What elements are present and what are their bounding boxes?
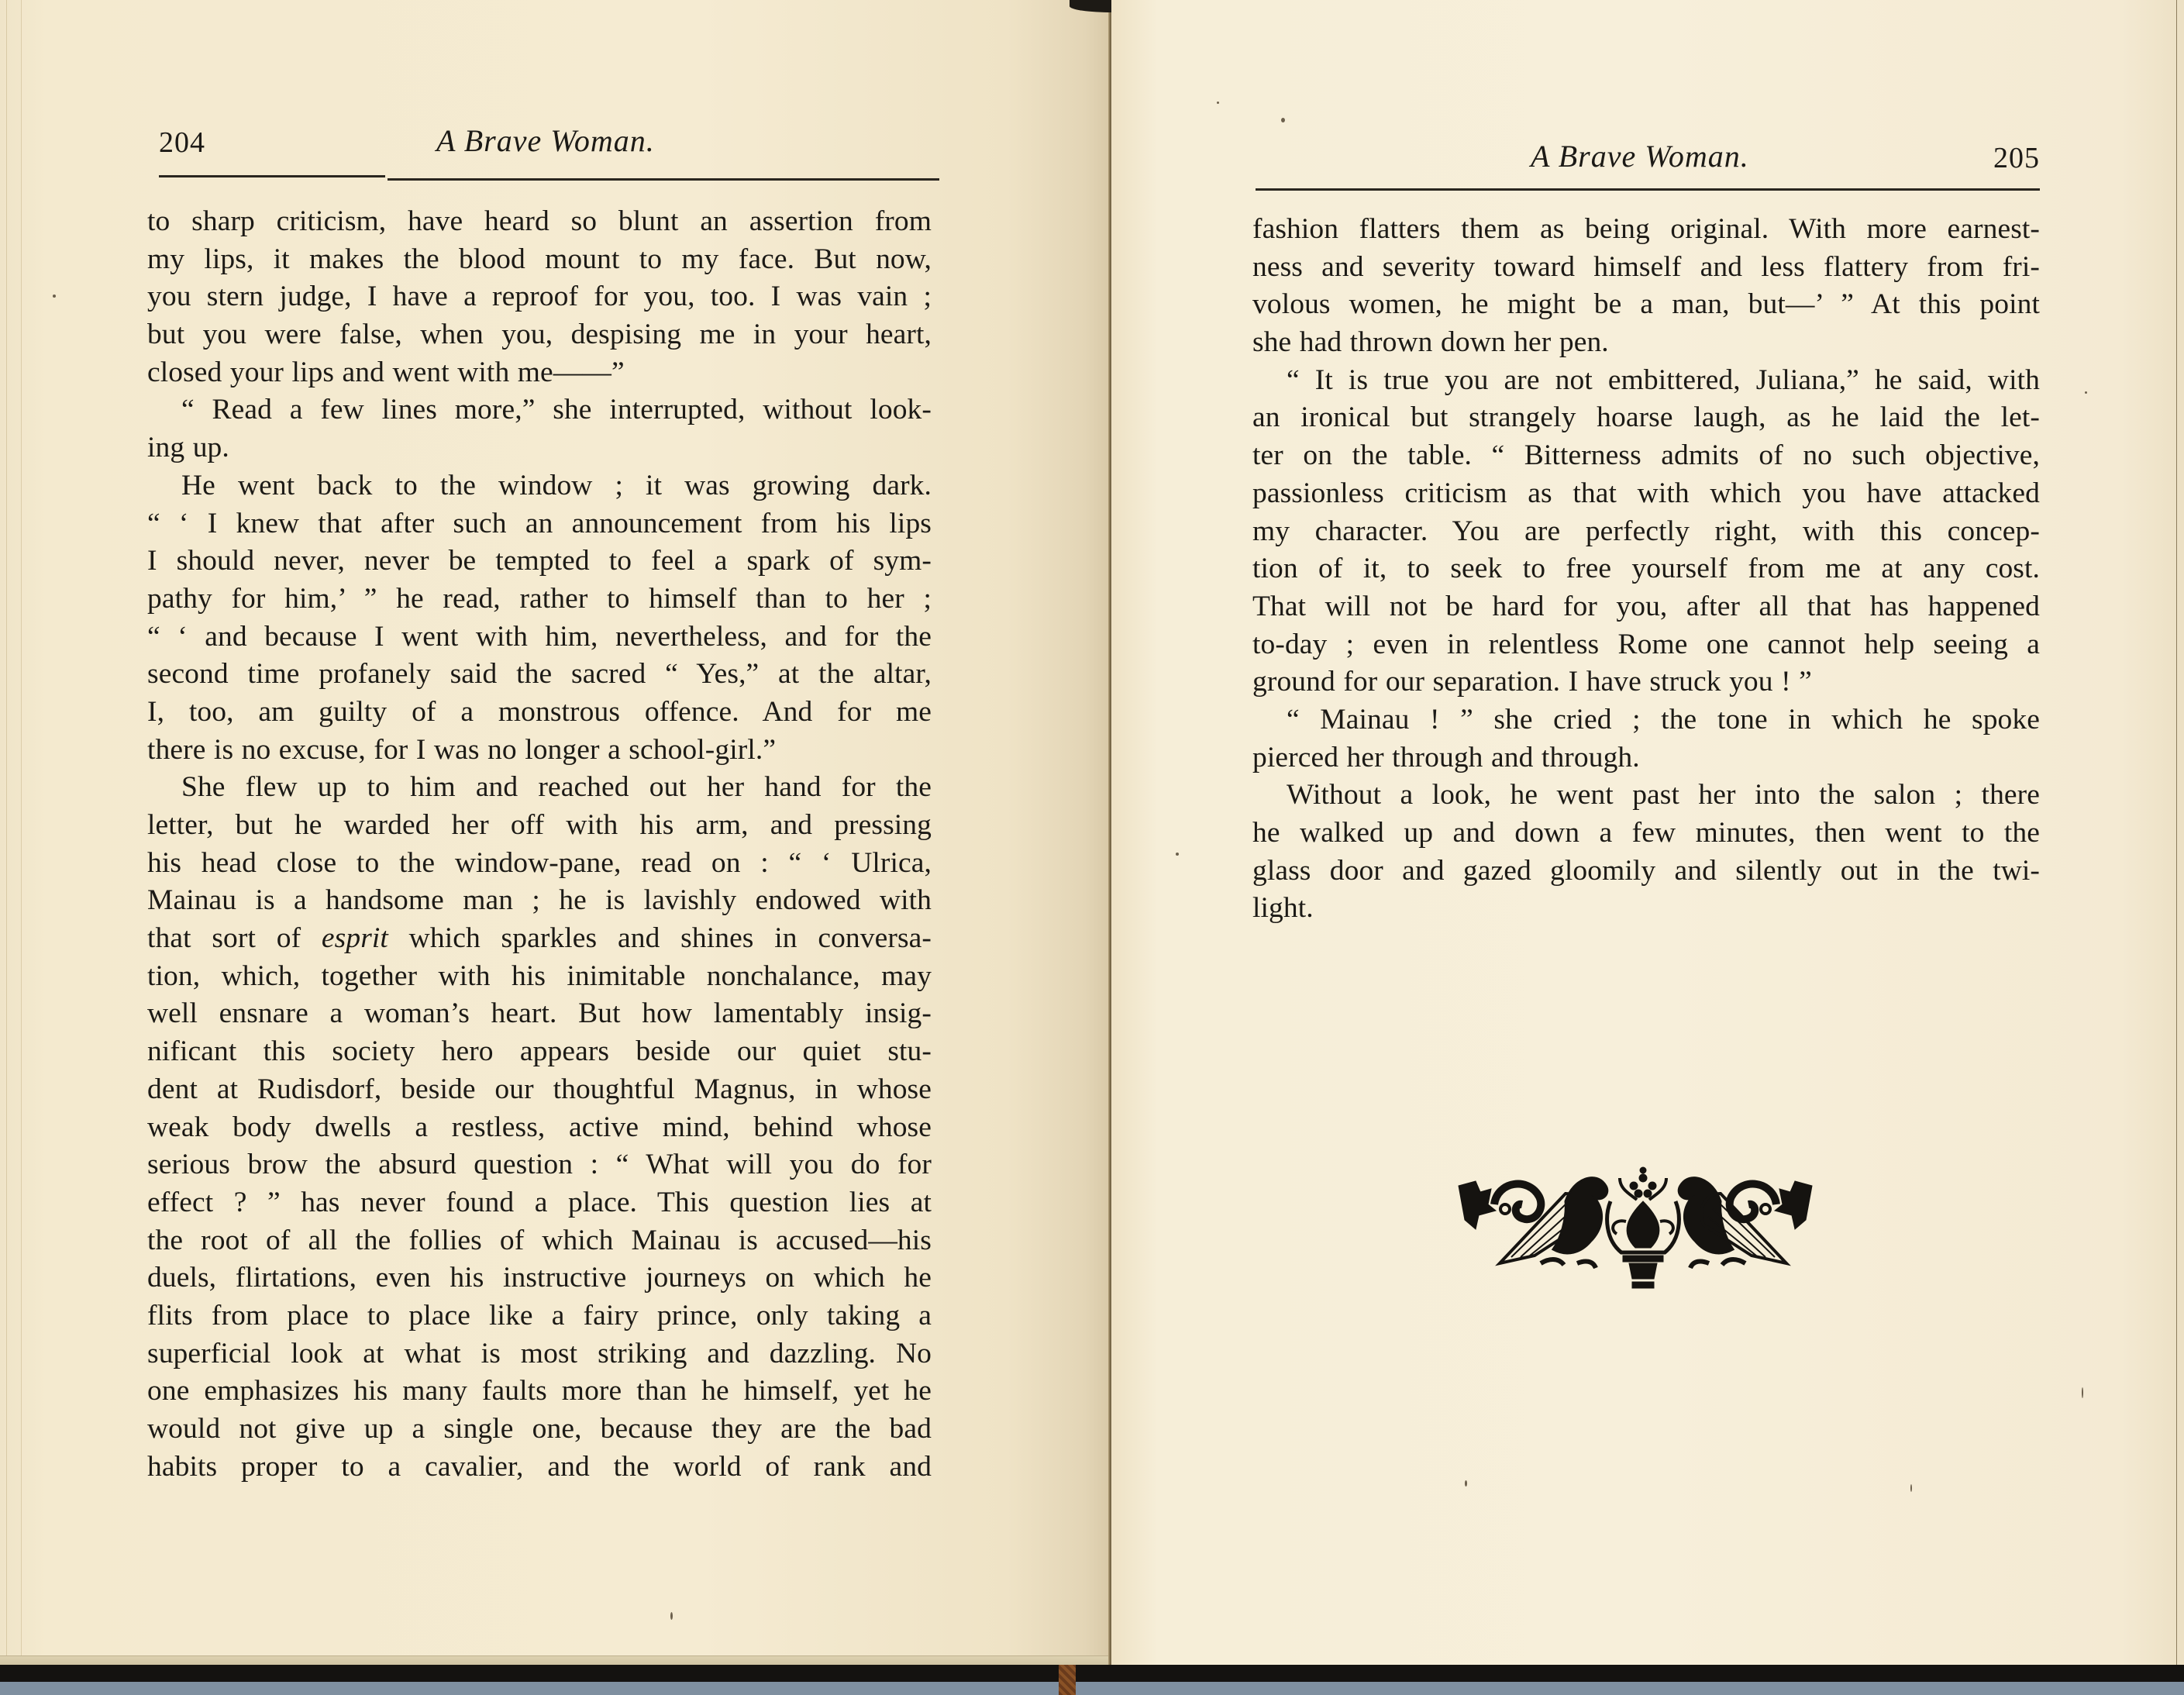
text-line: the root of all the follies of which Mai… <box>147 1222 932 1260</box>
text-line: She flew up to him and reached out her h… <box>147 769 932 807</box>
text-line: his head close to the window-pane, read … <box>147 845 932 883</box>
text-line: duels, flirtations, even his instructive… <box>147 1259 932 1297</box>
running-title-right: A Brave Woman. <box>1531 141 1749 172</box>
text-line: Mainau is a handsome man ; he is lavishl… <box>147 882 932 920</box>
header-rule-right <box>1256 188 2040 191</box>
text-line: ness and severity toward himself and les… <box>1252 249 2040 287</box>
text-line: that sort of esprit which sparkles and s… <box>147 920 932 958</box>
text-line: my character. You are perfectly right, w… <box>1252 513 2040 551</box>
text-line: to-day ; even in relentless Rome one can… <box>1252 626 2040 664</box>
text-line: tion, which, together with his inimitabl… <box>147 958 932 996</box>
text-line: ground for our separation. I have struck… <box>1252 663 2040 701</box>
text-line: second time profanely said the sacred “ … <box>147 656 932 694</box>
text-line: pierced her through and through. <box>1252 739 2040 777</box>
text-line: “ ‘ and because I went with him, neverth… <box>147 618 932 656</box>
text-line: you stern judge, I have a reproof for yo… <box>147 278 932 316</box>
left-page-body: to sharp criticism, have heard so blunt … <box>147 203 932 1486</box>
text-line: volous women, he might be a man, but—’ ”… <box>1252 286 2040 324</box>
page-edge-line <box>2176 0 2177 1666</box>
page-number-left: 204 <box>159 128 205 157</box>
text-line: “ Mainau ! ” she cried ; the tone in whi… <box>1252 701 2040 739</box>
text-line: I, too, am guilty of a monstrous offence… <box>147 694 932 732</box>
text-line: “ It is true you are not embittered, Jul… <box>1252 362 2040 400</box>
text-line: serious brow the absurd question : “ Wha… <box>147 1146 932 1184</box>
text-line: he walked up and down a few minutes, the… <box>1252 815 2040 853</box>
right-page: A Brave Woman. 205 fashion flatters them… <box>1111 0 2184 1666</box>
text-line: weak body dwells a restless, active mind… <box>147 1109 932 1147</box>
text-line: she had thrown down her pen. <box>1252 324 2040 362</box>
right-page-body: fashion flatters them as being original.… <box>1252 211 2040 928</box>
text-line: superficial look at what is most strikin… <box>147 1335 932 1373</box>
header-rule-left-b <box>388 178 939 181</box>
text-line: but you were false, when you, despising … <box>147 316 932 354</box>
page-number-right: 205 <box>1993 143 2040 173</box>
text-line: would not give up a single one, because … <box>147 1411 932 1449</box>
text-line: ing up. <box>147 429 932 467</box>
text-line: my lips, it makes the blood mount to my … <box>147 241 932 279</box>
text-line: Without a look, he went past her into th… <box>1252 777 2040 815</box>
text-line: “ Read a few lines more,” she interrupte… <box>147 391 932 429</box>
text-line: glass door and gazed gloomily and silent… <box>1252 853 2040 891</box>
text-line: dent at Rudisdorf, beside our thoughtful… <box>147 1071 932 1109</box>
text-line: flits from place to place like a fairy p… <box>147 1297 932 1335</box>
text-line: effect ? ” has never found a place. This… <box>147 1184 932 1222</box>
text-line: passionless criticism as that with which… <box>1252 475 2040 513</box>
text-line: letter, but he warded her off with his a… <box>147 807 932 845</box>
ribbon-bookmark[interactable] <box>1059 1665 1076 1695</box>
text-line: well ensnare a woman’s heart. But how la… <box>147 995 932 1033</box>
italic-word: esprit <box>322 922 388 954</box>
text-line: nificant this society hero appears besid… <box>147 1033 932 1071</box>
book-cover-edge <box>0 1665 2184 1682</box>
text-line: one emphasizes his many faults more than… <box>147 1373 932 1411</box>
page-edge-lines <box>6 0 22 1666</box>
text-line: fashion flatters them as being original.… <box>1252 211 2040 249</box>
text-line: pathy for him,’ ” he read, rather to him… <box>147 581 932 618</box>
text-line: closed your lips and went with me——” <box>147 354 932 392</box>
text-line: to sharp criticism, have heard so blunt … <box>147 203 932 241</box>
header-rule-left-a <box>159 175 385 177</box>
text-line: “ ‘ I knew that after such an announceme… <box>147 505 932 543</box>
text-line: habits proper to a cavalier, and the wor… <box>147 1449 932 1487</box>
text-line: I should never, never be tempted to feel… <box>147 543 932 581</box>
text-line: He went back to the window ; it was grow… <box>147 467 932 505</box>
text-line: ter on the table. “ Bitterness admits of… <box>1252 437 2040 475</box>
left-page: 204 A Brave Woman. to sharp criticism, h… <box>0 0 1110 1666</box>
text-line: light. <box>1252 890 2040 928</box>
text-line: That will not be hard for you, after all… <box>1252 588 2040 626</box>
book-spread: 204 A Brave Woman. to sharp criticism, h… <box>0 0 2184 1666</box>
dragon-tailpiece-ornament-icon <box>1434 1147 1837 1294</box>
running-title-left: A Brave Woman. <box>436 126 655 157</box>
text-line: tion of it, to seek to free yourself fro… <box>1252 550 2040 588</box>
text-line: there is no excuse, for I was no longer … <box>147 732 932 770</box>
text-line: an ironical but strangely hoarse laugh, … <box>1252 399 2040 437</box>
